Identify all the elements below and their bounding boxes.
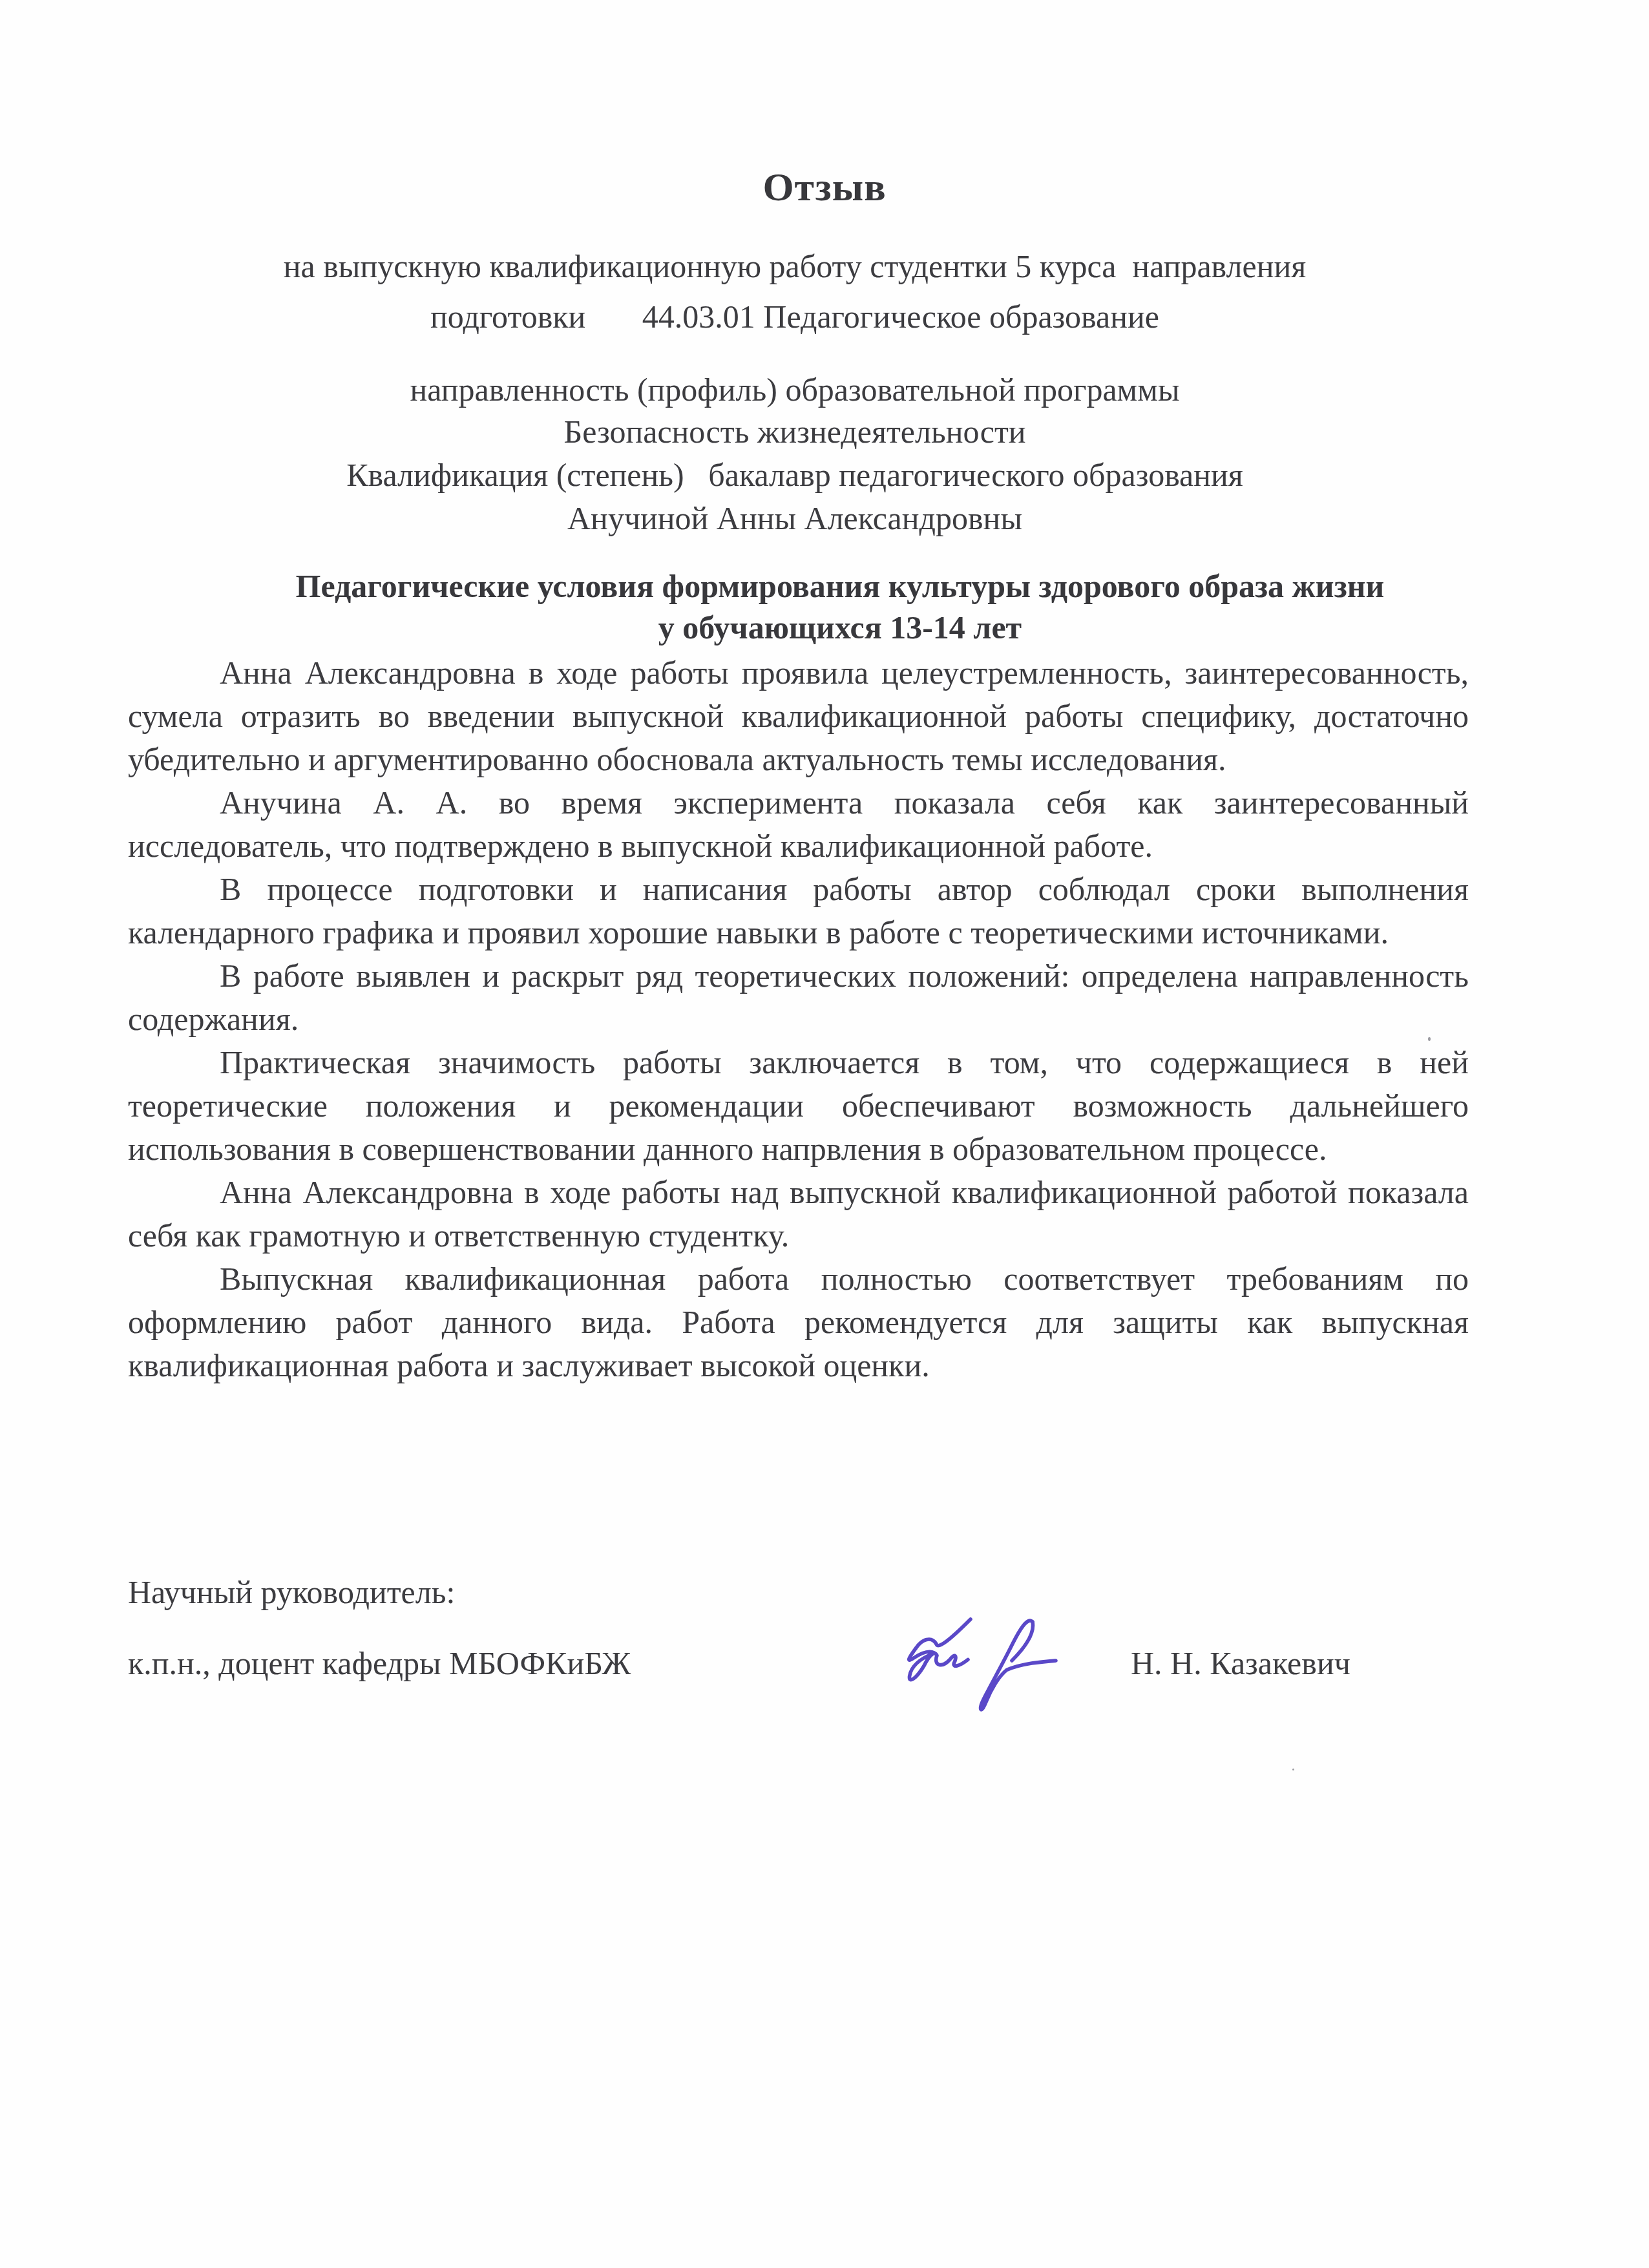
paragraph-7: Выпускная квалификационная работа полнос… (128, 1257, 1469, 1387)
profile-value: Безопасность жизнедеятельности (194, 412, 1396, 451)
review-body: Анна Александровна в ходе работы проявил… (128, 651, 1469, 1387)
supervisor-position: к.п.н., доцент кафедры МБОФКиБЖ (128, 1644, 631, 1682)
scan-speck (1292, 1769, 1294, 1770)
supervisor-name: Н. Н. Казакевич (1131, 1644, 1350, 1682)
subtitle-line-1: на выпускную квалификационную работу сту… (194, 247, 1396, 286)
thesis-title: Педагогические условия формирования куль… (162, 565, 1518, 648)
paragraph-2: Анучина А. А. во время эксперимента пока… (128, 781, 1469, 868)
scan-speck (1428, 1037, 1431, 1041)
qualification-line: Квалификация (степень) бакалавр педагоги… (194, 456, 1396, 494)
thesis-title-line-1: Педагогические условия формирования куль… (162, 565, 1518, 607)
paragraph-3: В процессе подготовки и написания работы… (128, 868, 1469, 954)
document-title: Отзыв (0, 165, 1649, 211)
document-page: Отзыв на выпускную квалификационную рабо… (0, 0, 1649, 2268)
paragraph-5: Практическая значимость работы заключает… (128, 1041, 1469, 1171)
paragraph-1: Анна Александровна в ходе работы проявил… (128, 651, 1469, 781)
handwritten-signature-icon (872, 1590, 1079, 1732)
paragraph-4: В работе выявлен и раскрыт ряд теоретиче… (128, 954, 1469, 1041)
paragraph-6: Анна Александровна в ходе работы над вып… (128, 1171, 1469, 1257)
profile-label: направленность (профиль) образовательной… (194, 370, 1396, 409)
supervisor-role-label: Научный руководитель: (128, 1573, 455, 1611)
thesis-title-line-2: у обучающихся 13-14 лет (162, 607, 1518, 648)
subtitle-line-2: подготовки 44.03.01 Педагогическое образ… (194, 297, 1396, 336)
student-name: Анучиной Анны Александровны (194, 499, 1396, 538)
